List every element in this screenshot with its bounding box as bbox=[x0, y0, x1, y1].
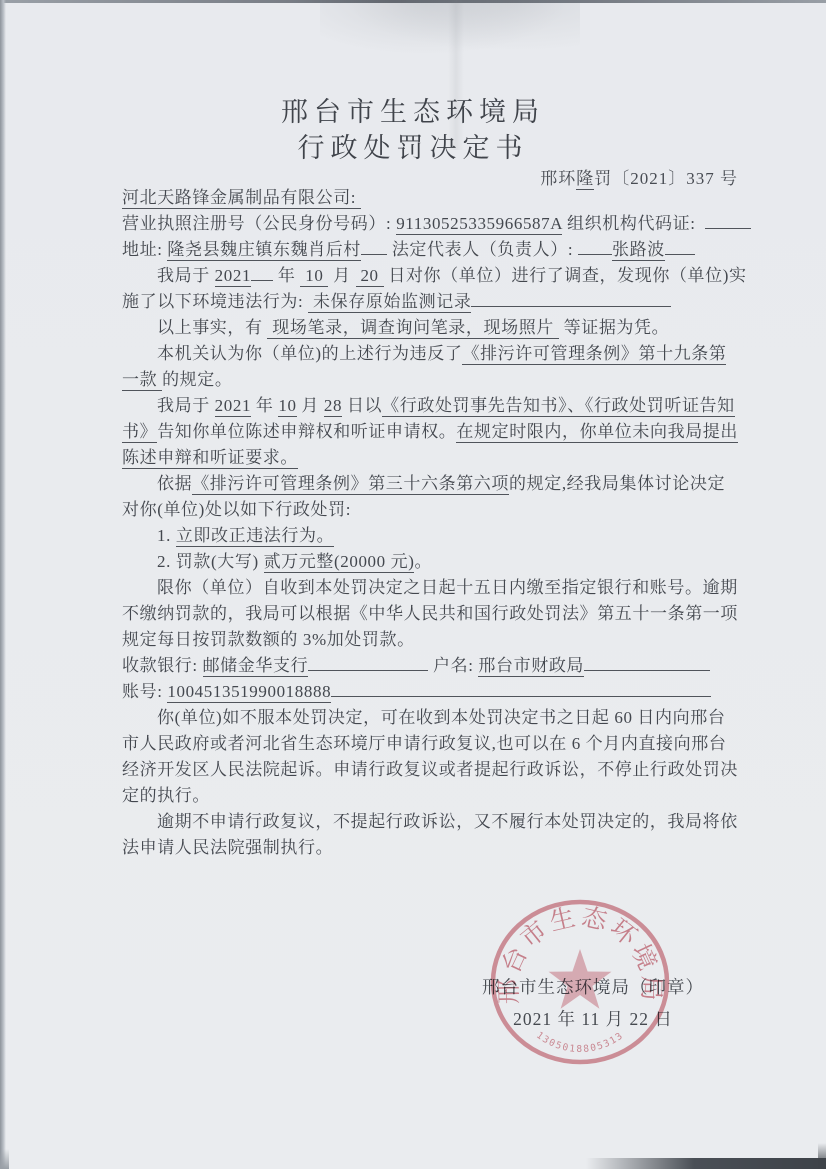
text-line: 1. 立即改正违法行为。 bbox=[122, 523, 742, 549]
scan-shadow-bottom-right bbox=[586, 1158, 826, 1169]
text-line: 依据《排污许可管理条例》第三十六条第六项的规定,经我局集体讨论决定 bbox=[122, 471, 742, 497]
text-segment: 收款银行: bbox=[122, 656, 203, 675]
text-line: 地址: 隆尧县魏庄镇东魏肖后村 法定代表人（负责人）: 张路波 bbox=[122, 237, 742, 263]
text-segment: 你(单位)如不服本处罚决定，可在收到本处罚决定书之日起 60 日内向邢台 bbox=[157, 708, 725, 727]
text-segment: 等证据为凭。 bbox=[559, 318, 669, 337]
text-segment: 本机关认为你（单位)的上述行为违反了 bbox=[157, 344, 462, 363]
text-segment: 邮储金华支行 bbox=[203, 656, 309, 677]
text-segment: 户名: bbox=[428, 656, 478, 675]
text-segment: 陈述申辩和听证要求。 bbox=[122, 448, 298, 469]
text-line: 收款银行: 邮储金华支行 户名: 邢台市财政局 bbox=[122, 653, 742, 679]
text-segment: 营业执照注册号（公民身份号码）: bbox=[122, 214, 396, 233]
text-segment: 28 bbox=[324, 396, 342, 417]
scan-shadow-bottom-left bbox=[0, 1149, 9, 1169]
svg-text:1305018805313: 1305018805313 bbox=[534, 1030, 626, 1055]
text-segment: 月 bbox=[328, 266, 355, 285]
text-segment: 逾期不申请行政复议，不提起行政诉讼，又不履行本处罚决定的，我局将依 bbox=[157, 812, 738, 831]
text-line: 不缴纳罚款的，我局可以根据《中华人民共和国行政处罚法》第五十一条第一项 bbox=[122, 601, 742, 627]
blank-underline bbox=[361, 238, 387, 255]
blank-underline bbox=[705, 212, 751, 229]
scan-edge-left bbox=[0, 0, 6, 1169]
text-segment: 告知你单位陈述申辩权和听证申请权。 bbox=[157, 422, 456, 441]
text-segment: 2021 bbox=[215, 396, 251, 417]
blank-underline bbox=[331, 680, 711, 697]
text-line: 限你（单位）自收到本处罚决定之日起十五日内缴至指定银行和账号。逾期 bbox=[122, 575, 742, 601]
seal-code-text: 1305018805313 bbox=[534, 1030, 626, 1055]
text-segment: 立即改正违法行为。 bbox=[176, 526, 334, 547]
blank-underline bbox=[584, 654, 710, 671]
text-segment: 2021 bbox=[215, 266, 251, 287]
text-segment: 91130525335966587A bbox=[396, 214, 562, 235]
blank-underline bbox=[251, 264, 273, 281]
text-segment: 账号: bbox=[122, 682, 167, 701]
text-segment: 年 bbox=[251, 396, 278, 415]
document-body: 河北天路锋金属制品有限公司: 营业执照注册号（公民身份号码）: 91130525… bbox=[122, 185, 742, 861]
text-segment: 贰万元整(20000 元) bbox=[264, 552, 415, 573]
text-line: 以上事实，有 现场笔录，调查询问笔录，现场照片 等证据为凭。 bbox=[122, 315, 742, 341]
text-segment: 隆尧县魏庄镇东魏肖后村 bbox=[167, 240, 361, 261]
text-line: 施了以下环境违法行为: 未保存原始监测记录 bbox=[122, 289, 742, 315]
text-segment: 《行政处罚事先告知书》、《行政处罚听证告知 bbox=[382, 396, 735, 417]
text-segment: 张路波 bbox=[612, 240, 665, 261]
text-segment: 我局于 bbox=[157, 266, 215, 285]
text-line: 一款 的规定。 bbox=[122, 367, 742, 393]
text-segment: 20 bbox=[356, 266, 384, 287]
text-line: 我局于 2021 年 10 月 20 日对你（单位）进行了调查，发现你（单位)实 bbox=[122, 263, 742, 289]
blank-underline bbox=[471, 290, 671, 307]
text-segment: 市人民政府或者河北省生态环境厅申请行政复议,也可以在 6 个月内直接向邢台 bbox=[122, 734, 726, 753]
text-line: 对你(单位)处以如下行政处罚: bbox=[122, 497, 742, 523]
document-title-line2: 行政处罚决定书 bbox=[0, 130, 826, 166]
text-segment: 在规定时限内，你单位未向我局提出 bbox=[456, 422, 738, 443]
text-segment: 书》 bbox=[122, 422, 157, 443]
document-header: 邢台市生态环境局 行政处罚决定书 bbox=[0, 94, 826, 166]
text-segment: 河北天路锋金属制品有限公司: bbox=[122, 188, 361, 209]
text-segment: 月 bbox=[297, 396, 324, 415]
text-segment: 定的执行。 bbox=[122, 786, 210, 805]
scan-shadow-right-corner bbox=[818, 1143, 826, 1169]
text-segment: 10 bbox=[278, 396, 296, 417]
text-segment: 。 bbox=[414, 552, 432, 571]
star-icon bbox=[549, 949, 612, 1009]
text-segment: 以上事实，有 bbox=[157, 318, 267, 337]
text-segment: 100451351990018888 bbox=[167, 682, 331, 703]
text-segment: 规定每日按罚款数额的 3%加处罚款。 bbox=[122, 630, 415, 649]
text-segment: 组织机构代码证: bbox=[562, 214, 705, 233]
text-segment: 经济开发区人民法院起诉。申请行政复议或者提起行政诉讼，不停止行政处罚决 bbox=[122, 760, 738, 779]
text-segment: 年 bbox=[273, 266, 300, 285]
text-segment: 现场笔录，调查询问笔录，现场照片 bbox=[267, 318, 558, 339]
text-segment: 2. 罚款(大写) bbox=[157, 552, 264, 571]
text-line: 法申请人民法院强制执行。 bbox=[122, 835, 742, 861]
text-line: 你(单位)如不服本处罚决定，可在收到本处罚决定书之日起 60 日内向邢台 bbox=[122, 705, 742, 731]
text-line: 河北天路锋金属制品有限公司: bbox=[122, 185, 742, 211]
text-segment: 《排污许可管理条例》第十九条第 bbox=[462, 344, 726, 365]
text-segment: 我局于 bbox=[157, 396, 215, 415]
official-seal: 邢台市生态环境局 1305018805313 bbox=[487, 897, 673, 1067]
text-line: 经济开发区人民法院起诉。申请行政复议或者提起行政诉讼，不停止行政处罚决 bbox=[122, 757, 742, 783]
text-line: 账号: 100451351990018888 bbox=[122, 679, 742, 705]
text-segment: 的规定。 bbox=[162, 370, 232, 389]
text-segment: 限你（单位）自收到本处罚决定之日起十五日内缴至指定银行和账号。逾期 bbox=[157, 578, 738, 597]
text-segment: 法申请人民法院强制执行。 bbox=[122, 838, 333, 857]
text-segment: 对你(单位)处以如下行政处罚: bbox=[122, 500, 351, 519]
text-segment: 未保存原始监测记录 bbox=[308, 292, 471, 313]
document-title-line1: 邢台市生态环境局 bbox=[0, 94, 826, 130]
text-segment: 日对你（单位）进行了调查，发现你（单位)实 bbox=[384, 266, 747, 285]
text-line: 定的执行。 bbox=[122, 783, 742, 809]
text-segment: 依据 bbox=[157, 474, 192, 493]
text-segment: 1. bbox=[157, 526, 176, 545]
text-segment: 的规定,经我局集体讨论决定 bbox=[509, 474, 725, 493]
text-line: 本机关认为你（单位)的上述行为违反了《排污许可管理条例》第十九条第 bbox=[122, 341, 742, 367]
blank-underline bbox=[578, 238, 612, 255]
text-segment: 法定代表人（负责人）: bbox=[387, 240, 578, 259]
text-line: 市人民政府或者河北省生态环境厅申请行政复议,也可以在 6 个月内直接向邢台 bbox=[122, 731, 742, 757]
text-line: 逾期不申请行政复议，不提起行政诉讼，又不履行本处罚决定的，我局将依 bbox=[122, 809, 742, 835]
text-line: 2. 罚款(大写) 贰万元整(20000 元)。 bbox=[122, 549, 742, 575]
text-line: 规定每日按罚款数额的 3%加处罚款。 bbox=[122, 627, 742, 653]
text-segment: 日以 bbox=[342, 396, 382, 415]
text-line: 我局于 2021 年 10 月 28 日以《行政处罚事先告知书》、《行政处罚听证… bbox=[122, 393, 742, 419]
text-segment: 不缴纳罚款的，我局可以根据《中华人民共和国行政处罚法》第五十一条第一项 bbox=[122, 604, 738, 623]
blank-underline bbox=[308, 654, 428, 671]
text-segment: 10 bbox=[300, 266, 328, 287]
text-line: 书》告知你单位陈述申辩权和听证申请权。在规定时限内，你单位未向我局提出 bbox=[122, 419, 742, 445]
text-segment: 一款 bbox=[122, 370, 162, 391]
scanned-document-page: { "header": { "title_line1": "邢台市生态环境局",… bbox=[0, 0, 826, 1169]
text-segment: 施了以下环境违法行为: bbox=[122, 292, 308, 311]
text-line: 陈述申辩和听证要求。 bbox=[122, 445, 742, 471]
text-segment: 《排污许可管理条例》第三十六条第六项 bbox=[192, 474, 509, 495]
blank-underline bbox=[665, 238, 695, 255]
text-segment: 地址: bbox=[122, 240, 167, 259]
text-line: 营业执照注册号（公民身份号码）: 91130525335966587A 组织机构… bbox=[122, 211, 742, 237]
text-segment: 邢台市财政局 bbox=[478, 656, 584, 677]
